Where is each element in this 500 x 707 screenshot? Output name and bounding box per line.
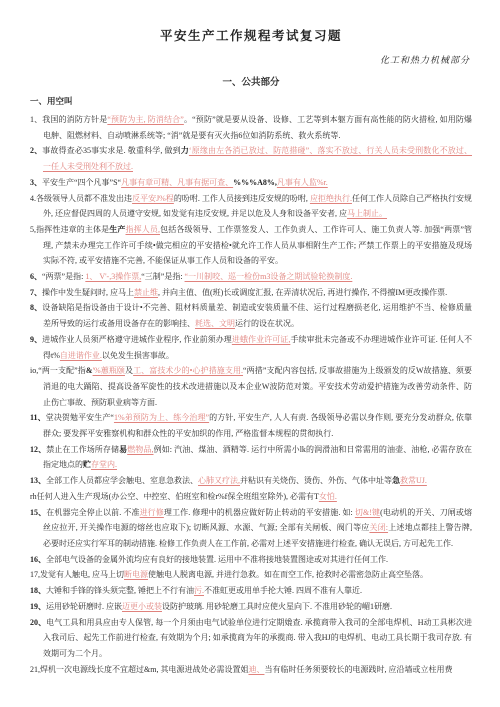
text-run: 电气工具和用具应由专人保管, 每一个月须由电气试验单位进行定期嫓查. 承揽商带入… xyxy=(43,618,472,658)
answer-run: 迪、 xyxy=(248,665,264,674)
answer-run: 心肺又疗法, xyxy=(198,476,240,485)
question-item: 9、进城作业人员须严格遵守进城作业程序, 作业前须办理进蛾作业许可证,手续审批未… xyxy=(30,332,472,363)
text-run: 理工作. 修理中的机器应做好防止转动的平安措施. 如: xyxy=(164,508,355,517)
question-item: 4.各级领导人员都不准发出违反平安J%程的吩咐. 工作人员接到违反安规的吩咐, … xyxy=(30,191,472,222)
question-item: 8、设备缺陷是指设备由于设计•不完善、阻材料质量差、制造或安装质量不佳、运行过程… xyxy=(30,300,472,331)
question-item: 13、全部工作人员都应学会触电、室息急救法、心肺又疗法,并粘识有关烧伤、烫伤、外… xyxy=(30,473,472,489)
text-run: 4.各级领导人员都不准发出违 xyxy=(30,194,132,203)
answer-run: 燃物品, xyxy=(127,445,153,454)
text-run: 17,发觉有人触电, 应马上切 xyxy=(30,570,124,579)
answer-run: “一川制咬、巡一检份m3设备之期试验轮换制度. xyxy=(185,272,353,281)
question-item: 1、我国的消防方针是“预防为主, 防消结合”。“预防”就是要从设备、设修、工艺等… xyxy=(30,112,472,143)
answer-run: 污. xyxy=(194,586,204,595)
text-run: 9、 xyxy=(30,335,42,344)
page-title: 平安生产工作规程考试复习题 xyxy=(30,26,472,44)
text-run: 21,焊机一次电源线长度不宜超过&m, 其电源进战处必需设置姐 xyxy=(30,665,248,674)
question-item: 17,发觉有人触电, 应马上切断电源使触电人脱离电源, 并进行急救。如在而空工作… xyxy=(30,567,472,583)
question-item: 18、大锤和手锋的锋头须完整, 锤把上不行有油污.不准虹更或用单手抡大锤. 四周… xyxy=(30,583,472,599)
text-run: 15、 xyxy=(30,508,46,517)
question-item: 16、全部电气设备的金属外流均应有良好的接地装置. 运用中不准将接地装置图途或对… xyxy=(30,552,472,568)
text-run: 16、 xyxy=(30,555,46,564)
text-run: 设防护玻璃. 用砂轮磨工具时应使火星向下. 不准用砂轮的嵋1研磨. xyxy=(162,602,392,611)
answer-run: 工、富技术少的•心护措施支用. xyxy=(133,366,243,375)
text-run: 使触电人脱离电源, 并进行急救。如在而空工作, 抢救时必需密急防止高空坠落。 xyxy=(148,570,428,579)
question-item: 15、在机器完全停止以前. 不准进行修理工作. 修理中的机器应做好防止转动的平安… xyxy=(30,505,472,552)
answer-run: 存堂内. xyxy=(91,460,117,469)
text-run: 力 xyxy=(181,146,189,155)
text-run: 不准虹更或用单手抡大锤. 四周不准有人靠近. xyxy=(204,586,362,595)
text-run: 贮 xyxy=(83,460,91,469)
question-item: 2、事故得查必35事实求是. 敬重科学, 做到力‘原缘由左各消已放过、防范措碰”… xyxy=(30,143,472,174)
text-run: 2、 xyxy=(30,146,42,155)
subsection-heading: 一、用空叫 xyxy=(30,95,472,107)
answer-run: 指挥人员, xyxy=(125,225,160,234)
answer-run: 救常UJ. xyxy=(400,476,427,485)
answer-run: 禁止维 xyxy=(134,288,158,297)
text-run: rh任何人进入生产现场(办公空、中控室、伯班室和检r%f保全班组室除外), 必需… xyxy=(30,492,319,501)
text-run: , 并向主值、值(班)长或调度汇报, 在弄清状况后, 再进行操作, 不得擅IM更… xyxy=(158,288,447,297)
text-run: 急 xyxy=(392,476,400,485)
text-run: & xyxy=(86,366,93,375)
text-run: 易 xyxy=(119,445,127,454)
text-run: 全部工作人员都应学会触电、室息急救法、 xyxy=(46,476,198,485)
document-subtitle: 化工和热力机械部分 xyxy=(30,53,470,66)
question-list: 1、我国的消防方针是“预防为主, 防消结合”。“预防”就是要从设备、设修、工艺等… xyxy=(30,112,472,677)
answer-run: 1、 V'-,3操作票, xyxy=(85,272,141,281)
answer-run: 进行修 xyxy=(140,508,164,517)
answer-run: “预防为主, 防消结合” xyxy=(107,115,183,124)
answer-run: 断电源 xyxy=(124,570,148,579)
answer-run: '%蕙瓶颐 xyxy=(93,366,125,375)
answer-run: 关闭: xyxy=(369,523,388,532)
question-item: 19、运用砂轮研磨时. 应嵌迈更小或装设防护玻璃. 用砂轮磨工具时应使火星向下.… xyxy=(30,599,472,615)
question-item: 12、禁止在工作场所存储易燃物品,例如: 汽油、煤油、酒精等. 运行中所需小lk… xyxy=(30,442,472,473)
question-item: 21,焊机一次电源线长度不宜超过&m, 其电源进战处必需设置姐迪、当有临时任务须… xyxy=(30,662,472,678)
question-item: 6、“两票”是指: 1、 V'-,3操作票,“三制”是指: “一川制咬、巡一检份… xyxy=(30,269,472,285)
text-run: 3、 xyxy=(30,178,42,187)
answer-run: 反平安J%程 xyxy=(132,194,174,203)
answer-run: 1%弟预防为上、练今治理” xyxy=(114,413,209,422)
document-page: 平安生产工作规程考试复习题 化工和热力机械部分 一、公共部分 一、用空叫 1、我… xyxy=(0,0,500,707)
text-run: 20、 xyxy=(30,618,46,627)
text-run: 的吩咐. 工作人员接到违反安规的吩咐, xyxy=(174,194,310,203)
text-run: 生产 xyxy=(109,225,125,234)
answer-run: 耗选、文明 xyxy=(195,319,235,328)
text-run: 堂决贺勉平安生产“ xyxy=(46,413,114,422)
question-item: 3、平安生产“四个凡事”S“凡事有章可精、凡事有据可查、%%%A8%,凡事有人监… xyxy=(30,175,472,191)
text-run: 12、 xyxy=(30,445,46,454)
answer-run: 马上制止。 xyxy=(347,209,387,218)
answer-run: 凡事有章可精、凡事有据可查、 xyxy=(121,178,233,187)
answer-run: 凡事有人监%r. xyxy=(277,178,328,187)
section-heading: 一、公共部分 xyxy=(30,74,472,88)
text-run: %%%A8%, xyxy=(233,178,277,187)
text-run: “两票”是指: xyxy=(42,272,85,281)
text-run: 5,指挥性违章的主体是 xyxy=(30,225,109,234)
text-run: 操作中发生疑问时, 应马上 xyxy=(42,288,134,297)
text-run: 1、我国的消防方针是 xyxy=(30,115,107,124)
question-item: 20、电气工具和用具应由专人保管, 每一个月须由电气试验单位进行定期嫓查. 承揽… xyxy=(30,615,472,662)
text-run: io,“两一支配”指 xyxy=(30,366,86,375)
question-item: 11、堂决贺勉平安生产“1%弟预防为上、练今治理”的方针, 平安生产, 人人有责… xyxy=(30,410,472,441)
text-run: 13、 xyxy=(30,476,46,485)
text-run: 运用砂轮研磨时. 应嵌 xyxy=(46,602,122,611)
text-run: 当有临时任务须要较长的电源践时, 应沿墙或立柱用费 xyxy=(264,665,452,674)
answer-run: 迈更小或装 xyxy=(122,602,162,611)
text-run: 并粘识有关烧伤、烫伤、外伤、气体中址等 xyxy=(240,476,392,485)
answer-run: 进蛾作业许可证, xyxy=(232,335,291,344)
text-run: 6、 xyxy=(30,272,42,281)
answer-run: 切&!键 xyxy=(355,508,380,517)
answer-run: 女怕. xyxy=(319,492,337,501)
question-item: io,“两一支配”指&'%蕙瓶颐及工、富技术少的•心护措施支用.“两措”支配内容… xyxy=(30,363,472,410)
text-run: 19、 xyxy=(30,602,46,611)
text-run: 全部电气设备的金属外流均应有良好的接地装置. 运用中不准将接地装置图途或对其进行… xyxy=(46,555,388,564)
text-run: 大锤和手锋的锋头须完整, 锤把上不行有油 xyxy=(46,586,194,595)
text-run: 8、 xyxy=(30,303,42,312)
text-run: 禁止在工作场所存储 xyxy=(46,445,119,454)
answer-run: 应拒绝执行. xyxy=(310,194,352,203)
text-run: 平安生产“四个凡事”S“ xyxy=(42,178,121,187)
text-run: 运行的设在状况。 xyxy=(235,319,299,328)
text-run: 及 xyxy=(125,366,133,375)
text-run: “三制”是指: xyxy=(141,272,184,281)
text-run: 7、 xyxy=(30,288,42,297)
text-run: 11、 xyxy=(30,413,46,422)
text-run: 18、 xyxy=(30,586,46,595)
text-run: 以免发生损害事故。 xyxy=(102,351,174,360)
answer-run: 自进谐作业. xyxy=(60,351,102,360)
question-item: rh任何人进入生产现场(办公空、中控室、伯班室和检r%f保全班组室除外), 必需… xyxy=(30,489,472,505)
text-run: 在机器完全停止以前. 不准 xyxy=(46,508,139,517)
question-item: 5,指挥性违章的主体是生产指挥人员,包括各级领导、工作票签发人、工作负责人、工作… xyxy=(30,222,472,269)
text-run: 进城作业人员须严格遵守进城作业程序, 作业前须办理 xyxy=(42,335,232,344)
text-run: 事故得查必35事实求是. 敬重科学, 做到 xyxy=(42,146,181,155)
question-item: 7、操作中发生疑问时, 应马上禁止维, 并向主值、值(班)长或调度汇报, 在弄清… xyxy=(30,285,472,301)
